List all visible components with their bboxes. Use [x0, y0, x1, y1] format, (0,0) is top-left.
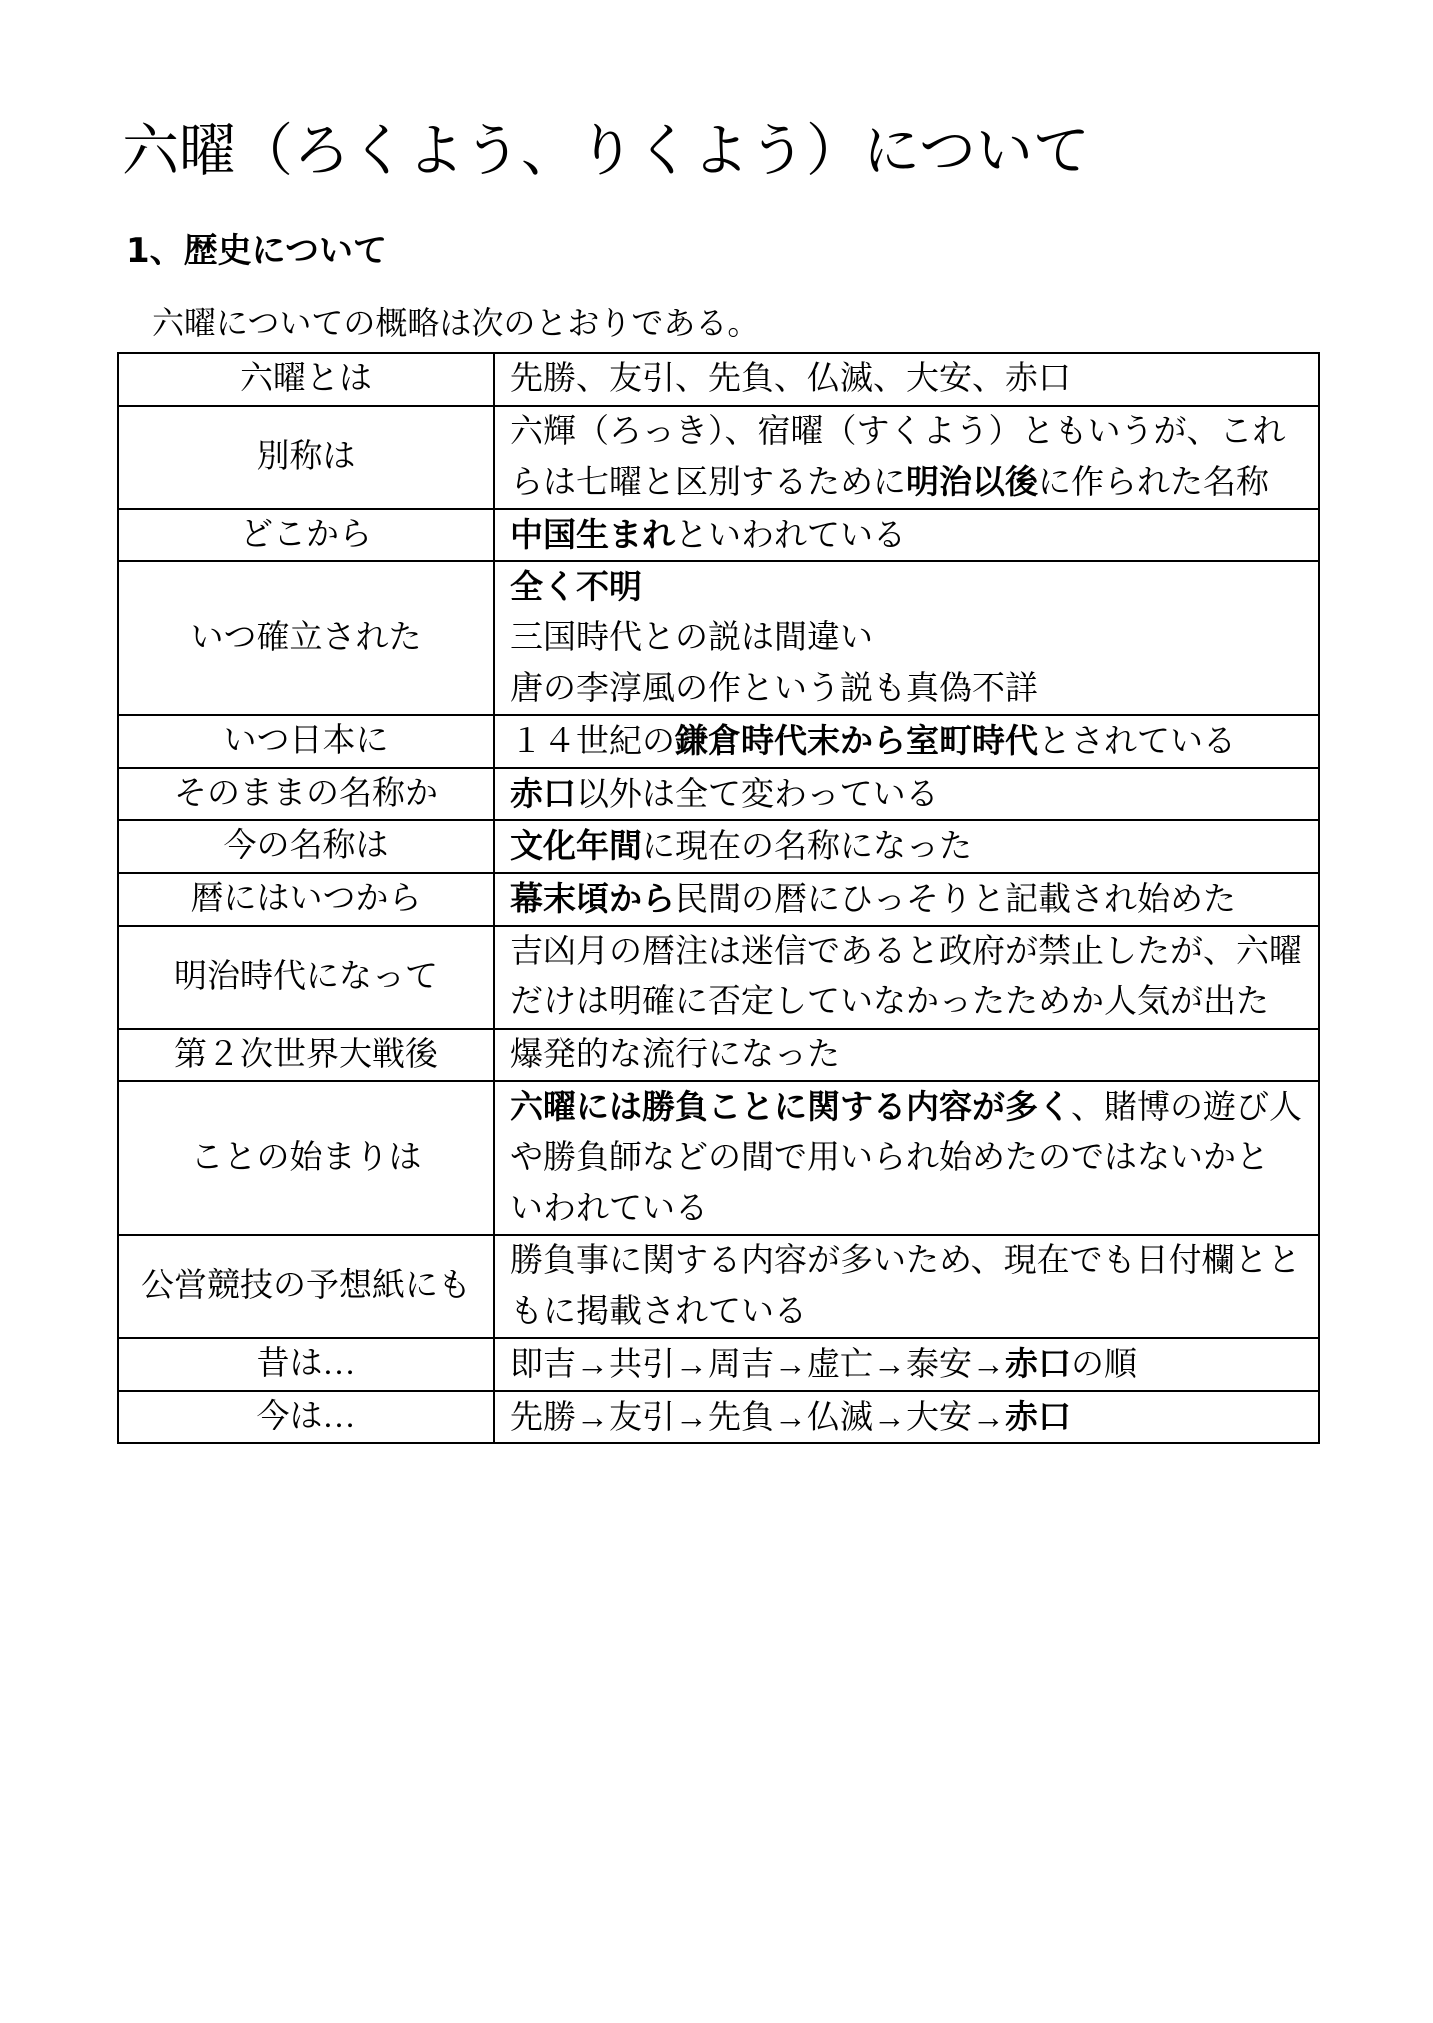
value-line: 六曜には勝負ことに関する内容が多く、賭博の遊び人: [510, 1082, 1312, 1133]
table-row: ことの始まりは六曜には勝負ことに関する内容が多く、賭博の遊び人や勝負師などの間で…: [118, 1081, 1319, 1235]
value-line: 幕末頃から民間の暦にひっそりと記載され始めた: [510, 874, 1312, 925]
value-text: 、賭博の遊び人: [1071, 1090, 1302, 1126]
value-text: 民間の暦にひっそりと記載され始めた: [675, 882, 1236, 918]
table-row: 明治時代になって吉凶月の暦注は迷信であると政府が禁止したが、六曜だけは明確に否定…: [118, 926, 1319, 1029]
value-text: に現在の名称になった: [642, 829, 972, 865]
summary-table-body: 六曜とは先勝、友引、先負、仏滅、大安、赤口別称は六輝（ろっき）、宿曜（すくよう）…: [118, 353, 1319, 1443]
value-text: 以外は全て変わっている: [576, 777, 939, 813]
value-line: 唐の李淳風の作という説も真偽不詳: [510, 664, 1312, 715]
row-label: 別称は: [118, 406, 494, 509]
table-row: 第２次世界大戦後爆発的な流行になった: [118, 1029, 1319, 1082]
value-text: 三国時代との説は間違い: [510, 620, 873, 656]
row-value: 吉凶月の暦注は迷信であると政府が禁止したが、六曜だけは明確に否定していなかったた…: [494, 926, 1319, 1029]
value-line: 勝負事に関する内容が多いため、現在でも日付欄とと: [510, 1236, 1312, 1287]
value-line: もに掲載されている: [510, 1287, 1312, 1338]
table-row: 今の名称は文化年間に現在の名称になった: [118, 820, 1319, 873]
value-line: 全く不明: [510, 562, 1312, 613]
row-value: 赤口以外は全て変わっている: [494, 768, 1319, 821]
value-line: 即吉→共引→周吉→虚亡→泰安→赤口の順: [510, 1339, 1312, 1390]
value-text: 唐の李淳風の作という説も真偽不詳: [510, 671, 1038, 707]
section-heading: 1、歴史について: [126, 226, 387, 276]
row-label: 昔は…: [118, 1338, 494, 1391]
value-line: 先勝→友引→先負→仏滅→大安→赤口: [510, 1392, 1312, 1443]
value-line: や勝負師などの間で用いられ始めたのではないかと: [510, 1133, 1312, 1184]
row-label: 六曜とは: [118, 353, 494, 406]
row-value: 文化年間に現在の名称になった: [494, 820, 1319, 873]
row-label: 今は…: [118, 1391, 494, 1444]
emphasized-text: 鎌倉時代末から室町時代: [675, 721, 1038, 760]
row-value: 全く不明三国時代との説は間違い唐の李淳風の作という説も真偽不詳: [494, 561, 1319, 715]
emphasized-text: 六曜には勝負ことに関する内容が多く: [510, 1087, 1071, 1126]
value-text: とされている: [1038, 724, 1236, 760]
value-line: 先勝、友引、先負、仏滅、大安、赤口: [510, 354, 1312, 405]
value-text: に作られた名称: [1038, 465, 1269, 501]
value-line: 爆発的な流行になった: [510, 1030, 1312, 1081]
value-line: いわれている: [510, 1184, 1312, 1235]
value-text: 先勝、友引、先負、仏滅、大安、赤口: [510, 361, 1071, 397]
rokuyo-summary-table: 六曜とは先勝、友引、先負、仏滅、大安、赤口別称は六輝（ろっき）、宿曜（すくよう）…: [117, 352, 1320, 1444]
row-label: いつ確立された: [118, 561, 494, 715]
value-line: らは七曜と区別するために明治以後に作られた名称: [510, 457, 1312, 508]
row-label: そのままの名称か: [118, 768, 494, 821]
table-row: いつ日本に１４世紀の鎌倉時代末から室町時代とされている: [118, 715, 1319, 768]
page-title: 六曜（ろくよう、りくよう）について: [122, 112, 1090, 192]
value-line: だけは明確に否定していなかったためか人気が出た: [510, 977, 1312, 1028]
row-label: いつ日本に: [118, 715, 494, 768]
table-row: どこから中国生まれといわれている: [118, 509, 1319, 562]
table-row: 公営競技の予想紙にも勝負事に関する内容が多いため、現在でも日付欄とともに掲載され…: [118, 1235, 1319, 1338]
value-text: 即吉→共引→周吉→虚亡→泰安→: [510, 1347, 1005, 1383]
emphasized-text: 幕末頃から: [510, 879, 675, 918]
row-label: 明治時代になって: [118, 926, 494, 1029]
table-row: そのままの名称か赤口以外は全て変わっている: [118, 768, 1319, 821]
emphasized-text: 赤口: [1005, 1344, 1071, 1383]
row-value: 六輝（ろっき）、宿曜（すくよう）ともいうが、これらは七曜と区別するために明治以後…: [494, 406, 1319, 509]
table-row: 暦にはいつから幕末頃から民間の暦にひっそりと記載され始めた: [118, 873, 1319, 926]
table-row: 今は…先勝→友引→先負→仏滅→大安→赤口: [118, 1391, 1319, 1444]
emphasized-text: 赤口: [510, 774, 576, 813]
value-line: 三国時代との説は間違い: [510, 613, 1312, 664]
emphasized-text: 赤口: [1005, 1397, 1071, 1436]
table-row: 別称は六輝（ろっき）、宿曜（すくよう）ともいうが、これらは七曜と区別するために明…: [118, 406, 1319, 509]
row-value: 先勝→友引→先負→仏滅→大安→赤口: [494, 1391, 1319, 1444]
row-value: 六曜には勝負ことに関する内容が多く、賭博の遊び人や勝負師などの間で用いられ始めた…: [494, 1081, 1319, 1235]
table-row: 六曜とは先勝、友引、先負、仏滅、大安、赤口: [118, 353, 1319, 406]
value-text: 六輝（ろっき）、宿曜（すくよう）ともいうが、これ: [510, 414, 1286, 450]
value-line: 文化年間に現在の名称になった: [510, 821, 1312, 872]
value-text: や勝負師などの間で用いられ始めたのではないかと: [510, 1140, 1269, 1176]
value-text: いわれている: [510, 1191, 708, 1227]
row-label: 暦にはいつから: [118, 873, 494, 926]
value-text: といわれている: [675, 518, 906, 554]
row-value: 先勝、友引、先負、仏滅、大安、赤口: [494, 353, 1319, 406]
table-row: 昔は…即吉→共引→周吉→虚亡→泰安→赤口の順: [118, 1338, 1319, 1391]
row-value: １４世紀の鎌倉時代末から室町時代とされている: [494, 715, 1319, 768]
value-text: 爆発的な流行になった: [510, 1037, 840, 1073]
value-text: だけは明確に否定していなかったためか人気が出た: [510, 984, 1269, 1020]
value-text: 吉凶月の暦注は迷信であると政府が禁止したが、六曜: [510, 934, 1302, 970]
value-text: 勝負事に関する内容が多いため、現在でも日付欄とと: [510, 1243, 1301, 1279]
row-value: 爆発的な流行になった: [494, 1029, 1319, 1082]
row-value: 中国生まれといわれている: [494, 509, 1319, 562]
value-line: １４世紀の鎌倉時代末から室町時代とされている: [510, 716, 1312, 767]
row-label: 今の名称は: [118, 820, 494, 873]
value-text: もに掲載されている: [510, 1294, 807, 1330]
value-line: 六輝（ろっき）、宿曜（すくよう）ともいうが、これ: [510, 407, 1312, 458]
row-value: 幕末頃から民間の暦にひっそりと記載され始めた: [494, 873, 1319, 926]
row-label: ことの始まりは: [118, 1081, 494, 1235]
value-line: 中国生まれといわれている: [510, 510, 1312, 561]
emphasized-text: 中国生まれ: [510, 515, 675, 554]
emphasized-text: 明治以後: [906, 462, 1038, 501]
value-text: 先勝→友引→先負→仏滅→大安→: [510, 1400, 1005, 1436]
intro-paragraph: 六曜についての概略は次のとおりである。: [152, 298, 759, 348]
row-label: どこから: [118, 509, 494, 562]
value-text: の順: [1071, 1347, 1137, 1383]
emphasized-text: 全く不明: [510, 567, 642, 606]
row-label: 公営競技の予想紙にも: [118, 1235, 494, 1338]
value-text: らは七曜と区別するために: [510, 465, 906, 501]
table-row: いつ確立された全く不明三国時代との説は間違い唐の李淳風の作という説も真偽不詳: [118, 561, 1319, 715]
value-text: １４世紀の: [510, 724, 675, 760]
emphasized-text: 文化年間: [510, 826, 642, 865]
row-value: 即吉→共引→周吉→虚亡→泰安→赤口の順: [494, 1338, 1319, 1391]
row-value: 勝負事に関する内容が多いため、現在でも日付欄とともに掲載されている: [494, 1235, 1319, 1338]
value-line: 吉凶月の暦注は迷信であると政府が禁止したが、六曜: [510, 927, 1312, 978]
row-label: 第２次世界大戦後: [118, 1029, 494, 1082]
value-line: 赤口以外は全て変わっている: [510, 769, 1312, 820]
